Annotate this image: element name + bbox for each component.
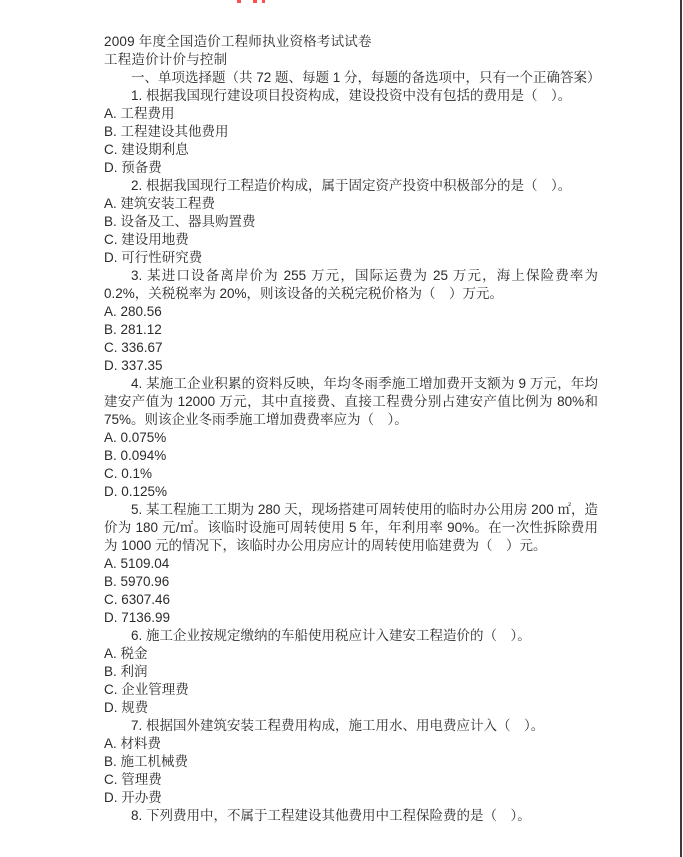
document-title: 2009 年度全国造价工程师执业资格考试试卷 — [104, 33, 598, 51]
question-option: B. 281.12 — [104, 321, 598, 339]
question-option: D. 0.125% — [104, 483, 598, 501]
question-option: D. 可行性研究费 — [104, 249, 598, 267]
question-option: B. 设备及工、器具购置费 — [104, 213, 598, 231]
cropped-red-text-remnant — [262, 0, 265, 3]
question-option: A. 280.56 — [104, 303, 598, 321]
question-option: B. 5970.96 — [104, 573, 598, 591]
question-option: D. 337.35 — [104, 357, 598, 375]
question-option: A. 5109.04 — [104, 555, 598, 573]
question-option: A. 材料费 — [104, 735, 598, 753]
document-subtitle: 工程造价计价与控制 — [104, 51, 598, 69]
scan-page-edge — [680, 0, 682, 857]
question-stem: 1. 根据我国现行建设项目投资构成，建设投资中没有包括的费用是（ ）。 — [104, 87, 598, 105]
question-stem: 3. 某进口设备离岸价为 255 万元，国际运费为 25 万元，海上保险费率为 … — [104, 267, 598, 303]
question-option: D. 开办费 — [104, 789, 598, 807]
question-block-7: 7. 根据国外建筑安装工程费用构成，施工用水、用电费应计入（ ）。 A. 材料费… — [104, 717, 598, 807]
question-option: D. 规费 — [104, 699, 598, 717]
question-option: B. 0.094% — [104, 447, 598, 465]
cropped-red-text-remnant — [237, 0, 241, 3]
question-option: C. 企业管理费 — [104, 681, 598, 699]
question-option: A. 工程费用 — [104, 105, 598, 123]
question-option: B. 工程建设其他费用 — [104, 123, 598, 141]
question-stem: 6. 施工企业按规定缴纳的车船使用税应计入建安工程造价的（ ）。 — [104, 627, 598, 645]
question-option: C. 建设期利息 — [104, 141, 598, 159]
question-option: D. 7136.99 — [104, 609, 598, 627]
question-option: B. 施工机械费 — [104, 753, 598, 771]
cropped-red-text-remnant — [253, 0, 257, 3]
question-option: C. 6307.46 — [104, 591, 598, 609]
question-option: D. 预备费 — [104, 159, 598, 177]
document-page: 2009 年度全国造价工程师执业资格考试试卷 工程造价计价与控制 一、单项选择题… — [104, 33, 598, 825]
question-block-6: 6. 施工企业按规定缴纳的车船使用税应计入建安工程造价的（ ）。 A. 税金 B… — [104, 627, 598, 717]
question-option: C. 0.1% — [104, 465, 598, 483]
question-block-2: 2. 根据我国现行工程造价构成，属于固定资产投资中积极部分的是（ ）。 A. 建… — [104, 177, 598, 267]
question-block-3: 3. 某进口设备离岸价为 255 万元，国际运费为 25 万元，海上保险费率为 … — [104, 267, 598, 375]
question-stem: 4. 某施工企业积累的资料反映，年均冬雨季施工增加费开支额为 9 万元，年均建安… — [104, 375, 598, 429]
question-stem: 7. 根据国外建筑安装工程费用构成，施工用水、用电费应计入（ ）。 — [104, 717, 598, 735]
section-heading: 一、单项选择题（共 72 题、每题 1 分，每题的备选项中，只有一个正确答案） — [104, 69, 598, 87]
question-block-5: 5. 某工程施工工期为 280 天，现场搭建可周转使用的临时办公用房 200 ㎡… — [104, 501, 598, 627]
question-option: C. 建设用地费 — [104, 231, 598, 249]
question-block-1: 1. 根据我国现行建设项目投资构成，建设投资中没有包括的费用是（ ）。 A. 工… — [104, 87, 598, 177]
question-option: C. 管理费 — [104, 771, 598, 789]
question-block-8: 8. 下列费用中，不属于工程建设其他费用中工程保险费的是（ ）。 — [104, 807, 598, 825]
question-option: A. 税金 — [104, 645, 598, 663]
question-stem: 8. 下列费用中，不属于工程建设其他费用中工程保险费的是（ ）。 — [104, 807, 598, 825]
question-option: B. 利润 — [104, 663, 598, 681]
question-option: A. 建筑安装工程费 — [104, 195, 598, 213]
question-stem: 2. 根据我国现行工程造价构成，属于固定资产投资中积极部分的是（ ）。 — [104, 177, 598, 195]
question-option: C. 336.67 — [104, 339, 598, 357]
question-option: A. 0.075% — [104, 429, 598, 447]
question-stem: 5. 某工程施工工期为 280 天，现场搭建可周转使用的临时办公用房 200 ㎡… — [104, 501, 598, 555]
question-block-4: 4. 某施工企业积累的资料反映，年均冬雨季施工增加费开支额为 9 万元，年均建安… — [104, 375, 598, 501]
